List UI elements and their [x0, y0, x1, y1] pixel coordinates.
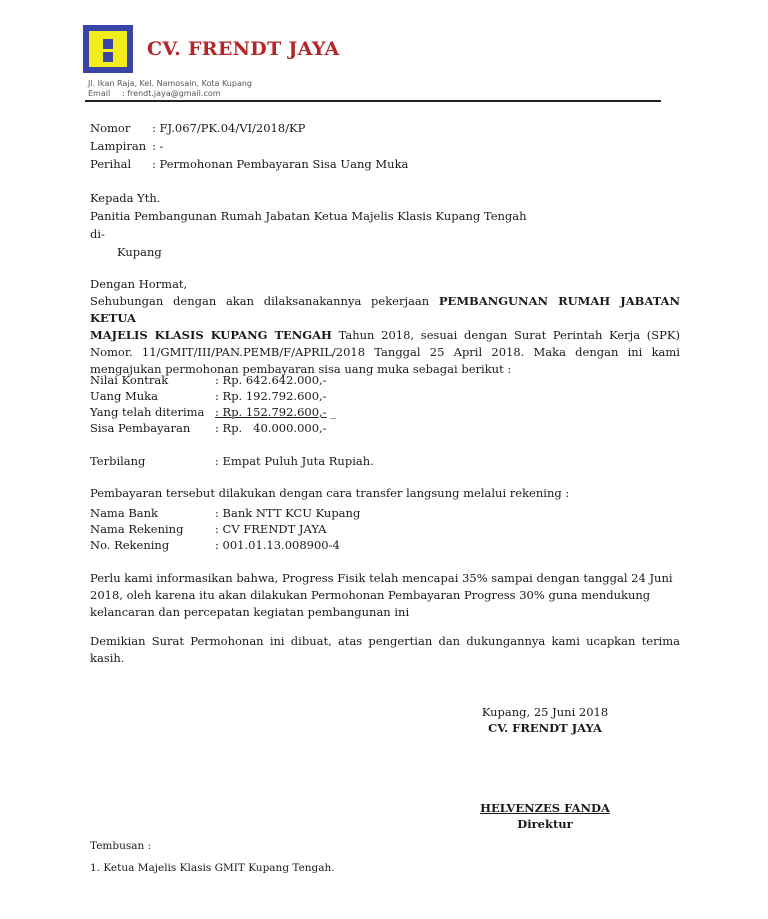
company-address: Jl. Ikan Raja, Kel. Namosain, Kota Kupan… [88, 79, 252, 99]
payment-details: Nilai Kontrak: Rp. 642.642.000,- Uang Mu… [90, 372, 374, 469]
meta-value: : Permohonan Pembayaran Sisa Uang Muka [152, 157, 408, 171]
signer-block: HELVENZES FANDA Direktur [470, 800, 620, 832]
transfer-intro: Pembayaran tersebut dilakukan dengan car… [90, 485, 569, 501]
letter-meta: Nomor: FJ.067/PK.04/VI/2018/KP Lampiran:… [90, 120, 408, 172]
intro-paragraph: Sehubungan dengan akan dilaksanakannya p… [90, 293, 680, 378]
meta-label: Nomor [90, 120, 152, 136]
signature-company: CV. FRENDT JAYA [470, 720, 620, 736]
recipient-di: di- [90, 226, 527, 242]
bank-details: Nama Bank: Bank NTT KCU Kupang Nama Reke… [90, 505, 360, 553]
cc-label: Tembusan : [90, 838, 335, 854]
recipient-city: Kupang [90, 244, 527, 260]
recipient-name: Panitia Pembangunan Rumah Jabatan Ketua … [90, 208, 527, 224]
meta-label: Lampiran [90, 138, 152, 154]
signature-block: Kupang, 25 Juni 2018 CV. FRENDT JAYA [470, 704, 620, 736]
header-divider [85, 100, 661, 102]
cc-item: 1. Ketua Majelis Klasis GMIT Kupang Teng… [90, 860, 335, 876]
cc-block: Tembusan : 1. Ketua Majelis Klasis GMIT … [90, 838, 335, 876]
meta-label: Perihal [90, 156, 152, 172]
email-value: : frendt.jaya@gmail.com [122, 89, 221, 98]
company-name: CV. FRENDT JAYA [147, 38, 340, 60]
recipient-block: Kepada Yth. Panitia Pembangunan Rumah Ja… [90, 190, 527, 260]
company-logo-icon [83, 25, 133, 73]
place-date: Kupang, 25 Juni 2018 [470, 704, 620, 720]
salutation: Dengan Hormat, [90, 276, 187, 292]
email-label: Email [88, 89, 122, 99]
meta-value: : - [152, 139, 163, 153]
signer-name: HELVENZES FANDA [470, 800, 620, 816]
closing-paragraph: Demikian Surat Permohonan ini dibuat, at… [90, 633, 680, 667]
signer-title: Direktur [470, 816, 620, 832]
meta-value: : FJ.067/PK.04/VI/2018/KP [152, 121, 305, 135]
progress-paragraph: Perlu kami informasikan bahwa, Progress … [90, 570, 680, 621]
recipient-greeting: Kepada Yth. [90, 190, 527, 206]
